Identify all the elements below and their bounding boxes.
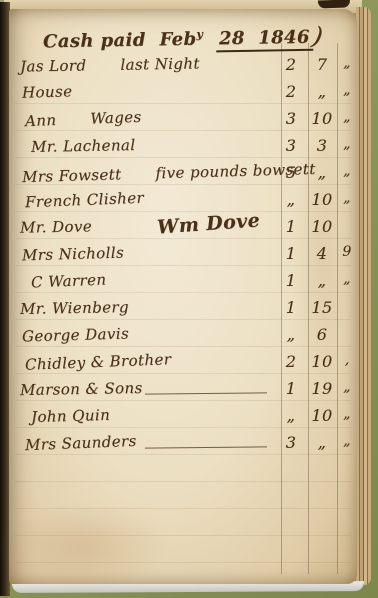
payee-name: C Warren [31, 271, 107, 292]
payee-name: John Quin [31, 406, 111, 426]
ledger-header: Cash paid Feby 28 1846) [43, 20, 323, 54]
payment-detail: Wages [90, 108, 142, 128]
payee-name: Mrs Nicholls [22, 244, 125, 265]
ledger-row: Mr. Lachenal33„ [9, 134, 357, 161]
amount-shillings: „ [309, 163, 335, 182]
amount-pounds: 1 [279, 217, 303, 236]
amount-pence: ‚ [338, 352, 356, 368]
amount-pence: „ [338, 190, 356, 206]
amount-pounds: 3 [279, 136, 303, 155]
payee-name: George Davis [22, 325, 130, 346]
payee-name: Marson & Sons [20, 379, 143, 399]
amount-pence: „ [338, 406, 356, 422]
ledger-row: Mrs Nicholls149 [9, 242, 357, 269]
amount-shillings: 15 [309, 298, 335, 317]
amount-pounds: „ [279, 406, 303, 425]
ledger-page: Cash paid Feby 28 1846) Jas Lordlast Nig… [9, 9, 357, 584]
amount-pence: „ [338, 433, 356, 449]
ledger-row: House2„„ [9, 80, 357, 107]
amount-shillings: 6 [309, 325, 335, 344]
ledger-row: Mr. Wienberg115 [9, 296, 357, 323]
amount-pence: 9 [338, 244, 356, 260]
amount-shillings: „ [309, 433, 335, 452]
amount-shillings: 19 [309, 379, 335, 398]
ledger-row: C Warren1„„ [9, 269, 357, 296]
payee-name: French Clisher [25, 189, 145, 212]
ledger-row: John Quin„10„ [9, 404, 357, 431]
payee-name: Mr. Lachenal [31, 136, 136, 156]
amount-pence: „ [338, 379, 356, 395]
amount-shillings: 7 [309, 55, 335, 74]
ledger-row: George Davis„6 [9, 323, 357, 350]
ledger-rows: Jas Lordlast Night27„House2„„AnnWages310… [9, 53, 357, 458]
payee-name: House [22, 82, 73, 101]
amount-pence: „ [338, 163, 356, 179]
ledger-row: Marson & Sons119„ [9, 377, 357, 404]
amount-shillings: 10 [309, 352, 335, 371]
header-prefix: Cash paid [43, 30, 146, 53]
header-month-sup: y [196, 28, 203, 41]
top-ink-mark [318, 0, 350, 9]
ledger-row: Chidley & Brother210‚ [9, 350, 357, 377]
ledger-scan: Cash paid Feby 28 1846) Jas Lordlast Nig… [0, 0, 378, 598]
amount-pounds: 1 [279, 379, 303, 398]
amount-pence: „ [338, 55, 356, 71]
amount-shillings: 10 [309, 109, 335, 128]
ledger-row: Jas Lordlast Night27„ [9, 53, 357, 80]
amount-pence: „ [338, 109, 356, 125]
payee-name: Mr. Dove [20, 217, 92, 236]
payee-name: Jas Lordlast Night [20, 54, 200, 75]
amount-shillings: „ [309, 82, 335, 101]
amount-shillings: 10 [309, 217, 335, 236]
amount-pence: „ [338, 136, 356, 152]
payee-name: Chidley & Brother [25, 350, 172, 374]
ledger-row: Mr. DoveWm Dove110 [9, 215, 357, 242]
amount-pence: „ [338, 271, 356, 287]
amount-shillings: 3 [309, 136, 335, 155]
header-flourish: ) [310, 21, 326, 51]
ledger-row: Mrs Saunders3„„ [9, 431, 357, 458]
filler-dash [145, 392, 267, 394]
amount-pounds: „ [279, 325, 303, 344]
ledger-row: AnnWages310„ [9, 107, 357, 134]
amount-pounds: 1 [279, 244, 303, 263]
amount-pounds: 2 [279, 55, 303, 74]
amount-pounds: 3 [279, 433, 303, 452]
payee-name: Mrs Fowsettfive pounds bowsett [22, 160, 316, 186]
payee-name: Mrs Saunders [25, 432, 137, 454]
payee-name: Mr. Wienberg [20, 298, 129, 318]
amount-pounds: 5 [279, 163, 303, 182]
payee-name: AnnWages [25, 108, 142, 130]
header-day: 28 [219, 28, 245, 49]
ledger-row: Mrs Fowsettfive pounds bowsett5„„ [9, 161, 357, 188]
amount-shillings: „ [309, 271, 335, 290]
header-date-underlined: 28 1846 [216, 27, 313, 53]
amount-shillings: 4 [309, 244, 335, 263]
amount-shillings: 10 [309, 190, 335, 209]
header-year: 1846 [258, 27, 310, 49]
amount-pounds: „ [279, 190, 303, 209]
filler-dash [145, 446, 267, 448]
amount-pounds: 3 [279, 109, 303, 128]
right-page-stack-edge [356, 7, 371, 585]
amount-pounds: 1 [279, 271, 303, 290]
amount-pounds: 2 [279, 82, 303, 101]
amount-shillings: 10 [309, 406, 335, 425]
amount-pounds: 1 [279, 298, 303, 317]
ledger-row: French Clisher„10„ [9, 188, 357, 215]
payment-detail: last Night [120, 54, 200, 73]
header-month: Feb [159, 29, 196, 51]
amount-pence: „ [338, 82, 356, 98]
amount-pounds: 2 [279, 352, 303, 371]
